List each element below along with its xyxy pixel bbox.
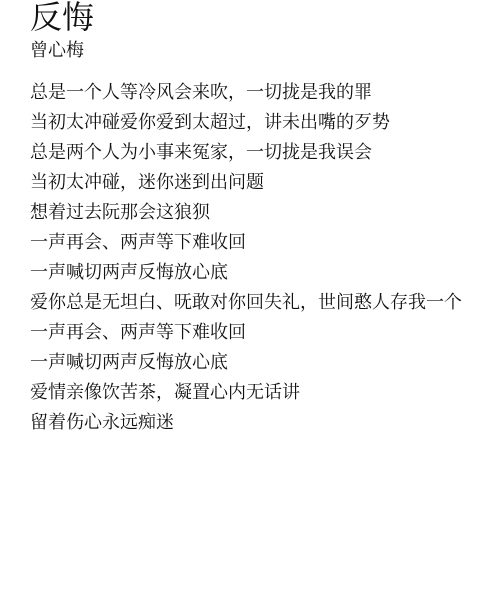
lyric-line: 爱你总是无坦白、呒敢对你回失礼，世间憨人存我一个 <box>30 288 500 318</box>
lyric-line: 一声喊切两声反悔放心底 <box>30 258 500 288</box>
song-title: 反悔 <box>30 0 500 36</box>
lyric-line: 一声再会、两声等下难收回 <box>30 228 500 258</box>
lyrics-list: 总是一个人等冷风会来吹，一切拢是我的罪 当初太冲碰爱你爱到太超过，讲未出嘴的歹势… <box>30 78 500 438</box>
lyric-line: 爱情亲像饮苦茶，凝置心内无话讲 <box>30 378 500 408</box>
lyric-line: 想着过去阮那会这狼狈 <box>30 198 500 228</box>
lyrics-page: 反悔 曾心梅 总是一个人等冷风会来吹，一切拢是我的罪 当初太冲碰爱你爱到太超过，… <box>30 0 500 438</box>
lyric-line: 当初太冲碰，迷你迷到出问题 <box>30 168 500 198</box>
lyric-line: 当初太冲碰爱你爱到太超过，讲未出嘴的歹势 <box>30 108 500 138</box>
lyric-line: 总是两个人为小事来冤家，一切拢是我误会 <box>30 138 500 168</box>
lyric-line: 总是一个人等冷风会来吹，一切拢是我的罪 <box>30 78 500 108</box>
lyric-line: 留着伤心永远痴迷 <box>30 408 500 438</box>
lyric-line: 一声再会、两声等下难收回 <box>30 318 500 348</box>
lyric-line: 一声喊切两声反悔放心底 <box>30 348 500 378</box>
song-artist: 曾心梅 <box>30 38 500 64</box>
